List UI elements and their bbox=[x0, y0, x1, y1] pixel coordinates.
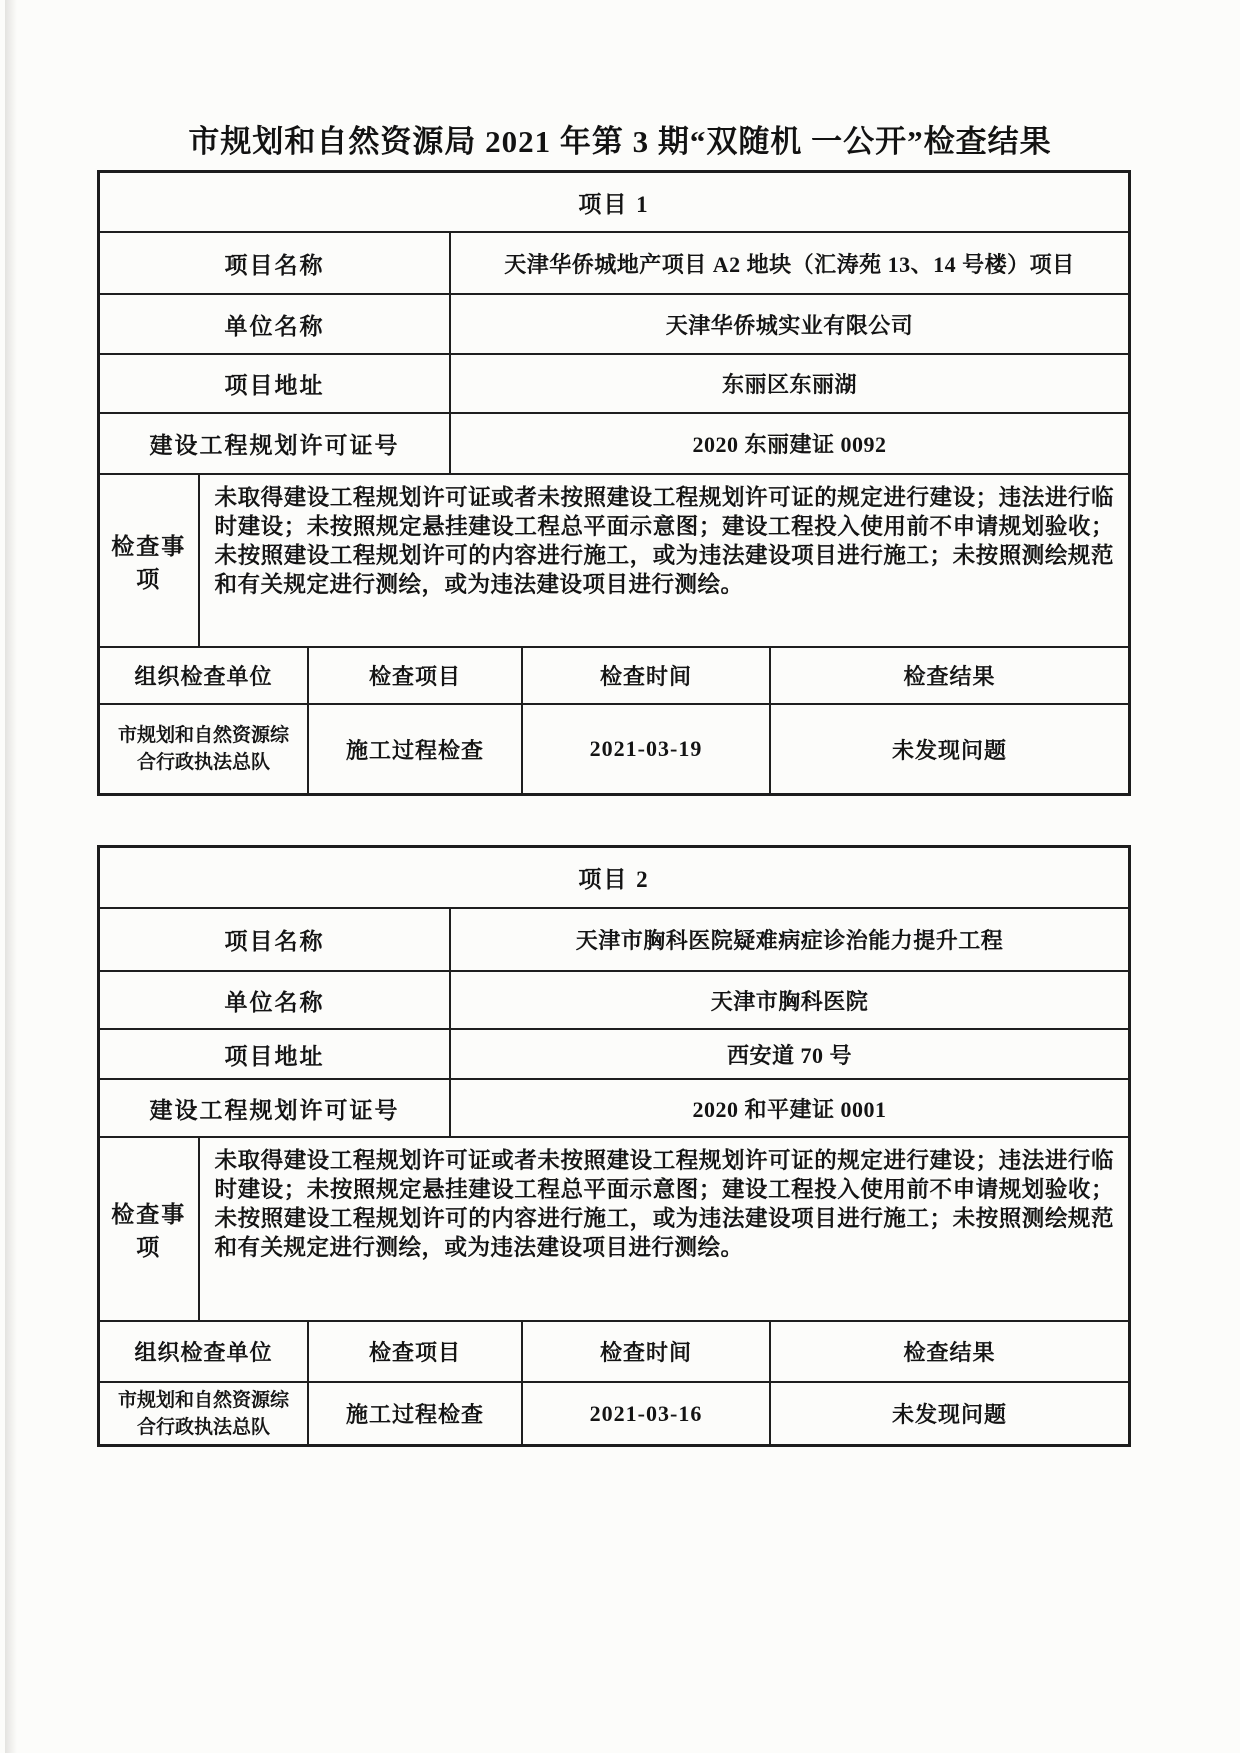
inspection-matters-text: 未取得建设工程规划许可证或者未按照建设工程规划许可证的规定进行建设；违法进行临时… bbox=[200, 1138, 1129, 1320]
inspection-result-header: 检查结果 bbox=[771, 648, 1128, 703]
project-name-label: 项目名称 bbox=[100, 909, 451, 970]
project-address-row: 项目地址 东丽区东丽湖 bbox=[100, 355, 1128, 414]
inspection-result-value: 未发现问题 bbox=[771, 705, 1128, 793]
org-unit-header: 组织检查单位 bbox=[100, 1322, 309, 1381]
inspection-result-value: 未发现问题 bbox=[771, 1383, 1128, 1444]
unit-name-value: 天津市胸科医院 bbox=[451, 972, 1128, 1028]
inspection-time-value: 2021-03-19 bbox=[523, 705, 771, 793]
project-address-label: 项目地址 bbox=[100, 355, 451, 412]
org-unit-value: 市规划和自然资源综合行政执法总队 bbox=[100, 1383, 309, 1444]
result-data-row: 市规划和自然资源综合行政执法总队 施工过程检查 2021-03-16 未发现问题 bbox=[100, 1383, 1128, 1444]
inspection-item-value: 施工过程检查 bbox=[309, 705, 523, 793]
permit-no-label: 建设工程规划许可证号 bbox=[100, 1080, 451, 1136]
permit-no-value: 2020 东丽建证 0092 bbox=[451, 414, 1128, 473]
inspection-item-value: 施工过程检查 bbox=[309, 1383, 523, 1444]
table-header-row: 项目 1 bbox=[100, 173, 1128, 233]
unit-name-row: 单位名称 天津华侨城实业有限公司 bbox=[100, 295, 1128, 355]
inspection-result-header: 检查结果 bbox=[771, 1322, 1128, 1381]
inspection-matters-row: 检查事项 未取得建设工程规划许可证或者未按照建设工程规划许可证的规定进行建设；违… bbox=[100, 475, 1128, 648]
inspection-matters-row: 检查事项 未取得建设工程规划许可证或者未按照建设工程规划许可证的规定进行建设；违… bbox=[100, 1138, 1128, 1322]
result-data-row: 市规划和自然资源综合行政执法总队 施工过程检查 2021-03-19 未发现问题 bbox=[100, 705, 1128, 793]
project-name-row: 项目名称 天津市胸科医院疑难病症诊治能力提升工程 bbox=[100, 909, 1128, 972]
result-header-row: 组织检查单位 检查项目 检查时间 检查结果 bbox=[100, 1322, 1128, 1383]
inspection-time-header: 检查时间 bbox=[523, 648, 771, 703]
inspection-item-header: 检查项目 bbox=[309, 1322, 523, 1381]
project-address-row: 项目地址 西安道 70 号 bbox=[100, 1030, 1128, 1080]
project-2-header: 项目 2 bbox=[100, 848, 1128, 907]
permit-no-label: 建设工程规划许可证号 bbox=[100, 414, 451, 473]
permit-no-row: 建设工程规划许可证号 2020 和平建证 0001 bbox=[100, 1080, 1128, 1138]
inspection-time-value: 2021-03-16 bbox=[523, 1383, 771, 1444]
inspection-time-header: 检查时间 bbox=[523, 1322, 771, 1381]
project-address-value: 东丽区东丽湖 bbox=[451, 355, 1128, 412]
inspection-matters-text: 未取得建设工程规划许可证或者未按照建设工程规划许可证的规定进行建设；违法进行临时… bbox=[200, 475, 1129, 646]
project-address-label: 项目地址 bbox=[100, 1030, 451, 1078]
document-title: 市规划和自然资源局 2021 年第 3 期“双随机 一公开”检查结果 bbox=[0, 116, 1240, 161]
project-name-value: 天津华侨城地产项目 A2 地块（汇涛苑 13、14 号楼）项目 bbox=[451, 233, 1128, 293]
project-name-label: 项目名称 bbox=[100, 233, 451, 293]
project-1-table: 项目 1 项目名称 天津华侨城地产项目 A2 地块（汇涛苑 13、14 号楼）项… bbox=[97, 170, 1131, 796]
project-1-header: 项目 1 bbox=[100, 173, 1128, 231]
permit-no-value: 2020 和平建证 0001 bbox=[451, 1080, 1128, 1136]
unit-name-row: 单位名称 天津市胸科医院 bbox=[100, 972, 1128, 1030]
project-name-row: 项目名称 天津华侨城地产项目 A2 地块（汇涛苑 13、14 号楼）项目 bbox=[100, 233, 1128, 295]
project-2-table: 项目 2 项目名称 天津市胸科医院疑难病症诊治能力提升工程 单位名称 天津市胸科… bbox=[97, 845, 1131, 1447]
project-name-value: 天津市胸科医院疑难病症诊治能力提升工程 bbox=[451, 909, 1128, 970]
project-address-value: 西安道 70 号 bbox=[451, 1030, 1128, 1078]
scanned-document-page: 市规划和自然资源局 2021 年第 3 期“双随机 一公开”检查结果 项目 1 … bbox=[0, 0, 1240, 1753]
inspection-item-header: 检查项目 bbox=[309, 648, 523, 703]
inspection-matters-label: 检查事项 bbox=[100, 1138, 200, 1320]
org-unit-header: 组织检查单位 bbox=[100, 648, 309, 703]
unit-name-value: 天津华侨城实业有限公司 bbox=[451, 295, 1128, 353]
permit-no-row: 建设工程规划许可证号 2020 东丽建证 0092 bbox=[100, 414, 1128, 475]
result-header-row: 组织检查单位 检查项目 检查时间 检查结果 bbox=[100, 648, 1128, 705]
scan-edge-artifact bbox=[5, 0, 17, 1753]
org-unit-value: 市规划和自然资源综合行政执法总队 bbox=[100, 705, 309, 793]
unit-name-label: 单位名称 bbox=[100, 972, 451, 1028]
inspection-matters-label: 检查事项 bbox=[100, 475, 200, 646]
unit-name-label: 单位名称 bbox=[100, 295, 451, 353]
table-header-row: 项目 2 bbox=[100, 848, 1128, 909]
